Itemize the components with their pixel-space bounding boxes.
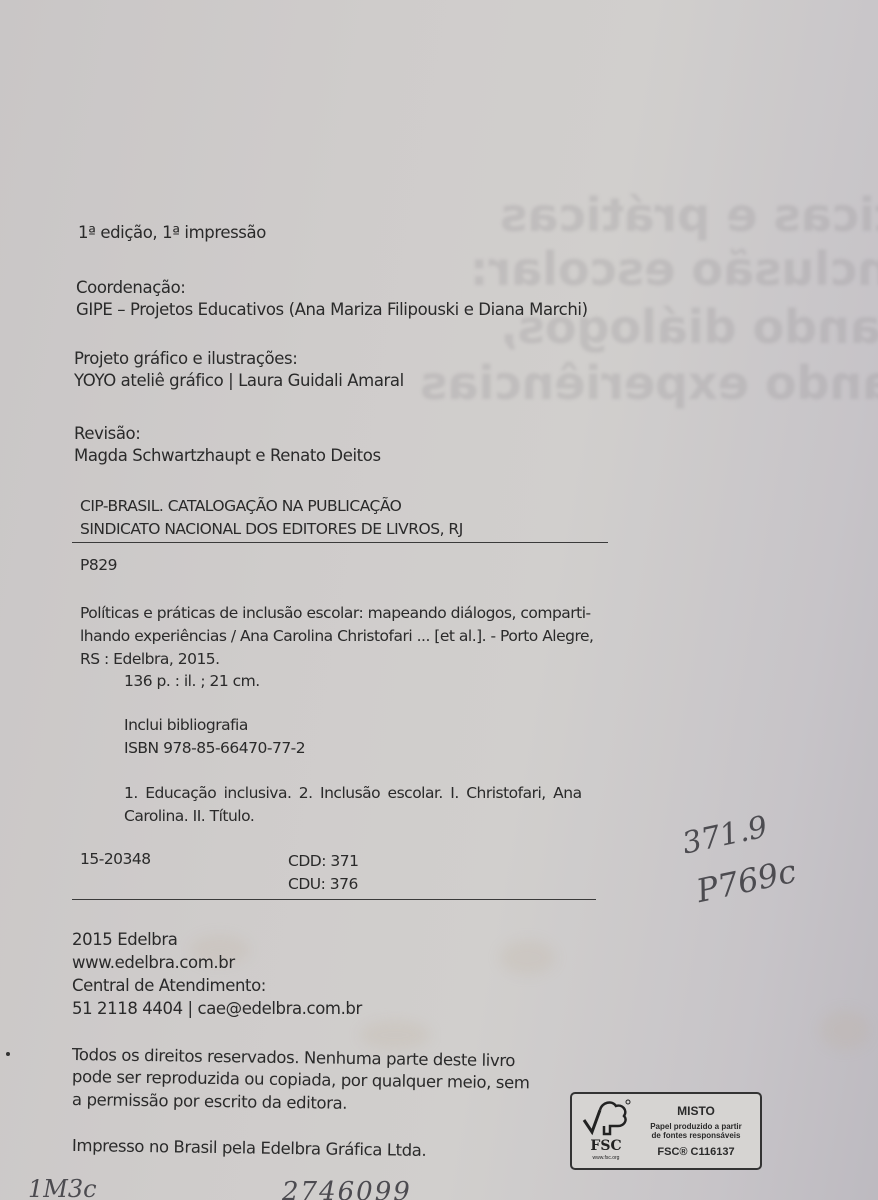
handwritten-bottom-left: 1M3c: [28, 1175, 97, 1200]
fsc-description-line-2: de fontes responsáveis: [636, 1131, 756, 1140]
paper-stain: [820, 1010, 870, 1050]
publisher-contact: 51 2118 4404 | cae@edelbra.com.br: [72, 998, 362, 1020]
publisher-copyright: 2015 Edelbra: [72, 929, 177, 951]
cip-cdu: CDU: 376: [288, 873, 358, 895]
credit-label-coordination: Coordenação:: [76, 277, 185, 299]
svg-text:FSC: FSC: [590, 1138, 621, 1154]
publisher-service-label: Central de Atendimento:: [72, 975, 266, 997]
fsc-label: FSC www.fsc.org MISTO Papel produzido a …: [570, 1092, 762, 1170]
svg-text:www.fsc.org: www.fsc.org: [593, 1155, 620, 1161]
cip-entry-line-3: RS : Edelbra, 2015.: [80, 648, 220, 670]
cip-physical: 136 p. : il. ; 21 cm.: [124, 670, 260, 692]
cip-header-line-2: SINDICATO NACIONAL DOS EDITORES DE LIVRO…: [80, 518, 463, 540]
cip-cutter: P829: [80, 554, 117, 576]
fsc-tree-check-icon: FSC www.fsc.org: [580, 1098, 632, 1162]
fsc-code: FSC® C116137: [636, 1146, 756, 1158]
cip-bottom-rule: [72, 899, 596, 900]
handwritten-call-number-cutter: P769c: [693, 852, 799, 910]
fsc-description: Papel produzido a partir de fontes respo…: [636, 1122, 756, 1140]
edition-line: 1ª edição, 1ª impressão: [78, 222, 266, 244]
cip-entry-line-2: lhando experiências / Ana Carolina Chris…: [80, 625, 593, 647]
fsc-description-line-1: Papel produzido a partir: [636, 1122, 756, 1131]
cip-subjects-line-1: 1. Educação inclusiva. 2. Inclusão escol…: [124, 782, 582, 804]
handwritten-call-number-class: 371.9: [679, 809, 770, 861]
cip-entry-line-1: Políticas e práticas de inclusão escolar…: [80, 602, 591, 624]
printer-line: Impresso no Brasil pela Edelbra Gráfica …: [72, 1135, 427, 1162]
publisher-website: www.edelbra.com.br: [72, 952, 235, 974]
credit-label-revision: Revisão:: [74, 423, 140, 445]
credit-label-design: Projeto gráfico e ilustrações:: [74, 348, 297, 370]
paper-stain: [360, 1020, 430, 1050]
handwritten-bottom-number: 2746099: [282, 1177, 412, 1200]
cip-top-rule: [72, 542, 608, 543]
show-through-line-4: compartilhando experiências: [420, 356, 878, 410]
paper-stain: [500, 940, 555, 975]
fsc-title: MISTO: [636, 1104, 756, 1118]
cip-note-bibliography: Inclui bibliografia: [124, 714, 248, 736]
rights-line-3: a permissão por escrito da editora.: [72, 1089, 347, 1115]
cip-control-number: 15-20348: [80, 848, 151, 870]
credit-value-revision: Magda Schwartzhaupt e Renato Deitos: [74, 445, 381, 467]
show-through-line-2: de inclusão escolar:: [470, 242, 878, 296]
credit-value-coordination: GIPE – Projetos Educativos (Ana Mariza F…: [76, 299, 588, 321]
show-through-line-1: políticas e práticas: [500, 188, 878, 242]
cip-subjects-line-2: Carolina. II. Título.: [124, 805, 254, 827]
cip-cdd: CDD: 371: [288, 850, 358, 872]
credit-value-design: YOYO ateliê gráfico | Laura Guidali Amar…: [74, 370, 404, 392]
cip-header-line-1: CIP-BRASIL. CATALOGAÇÃO NA PUBLICAÇÃO: [80, 495, 401, 517]
ink-dot: [6, 1052, 10, 1056]
cip-isbn: ISBN 978-85-66470-77-2: [124, 737, 305, 759]
